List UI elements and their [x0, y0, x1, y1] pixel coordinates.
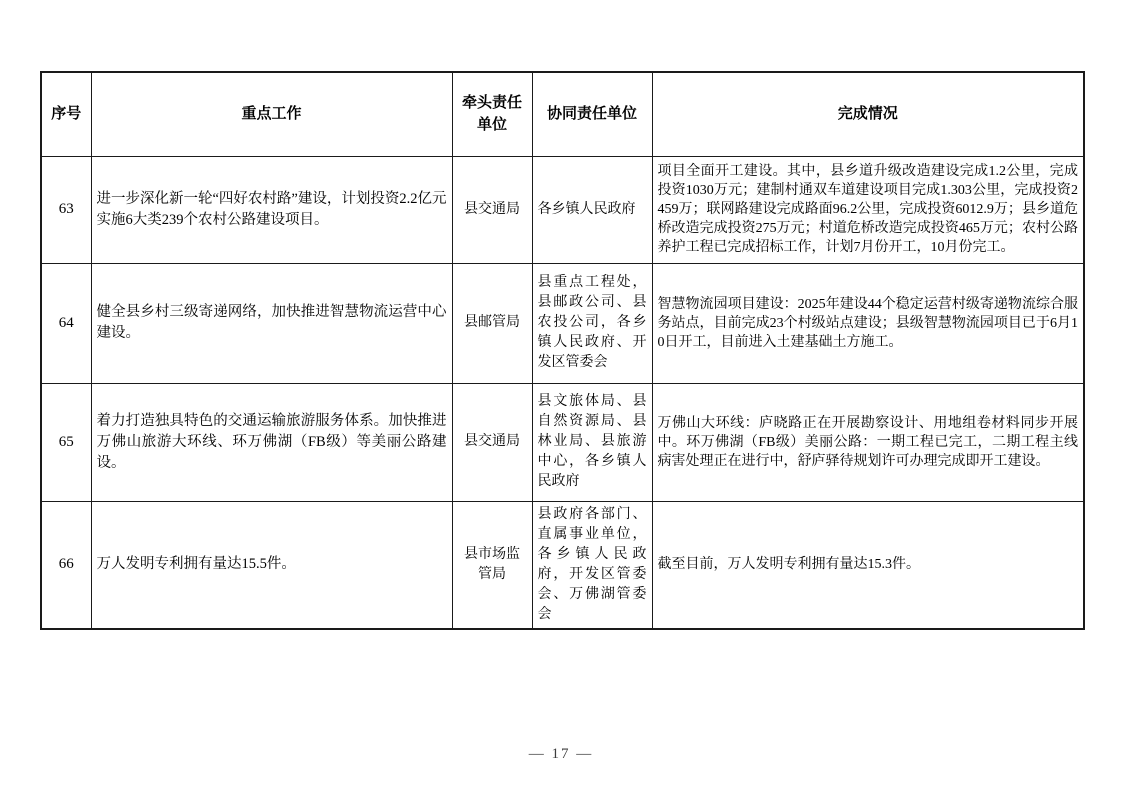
cell-work: 进一步深化新一轮“四好农村路”建设，计划投资2.2亿元实施6大类239个农村公路… [91, 156, 452, 263]
cell-collab: 县文旅体局、县自然资源局、县林业局、县旅游中心，各乡镇人民政府 [532, 383, 652, 501]
table-header-row: 序号 重点工作 牵头责任单位 协同责任单位 完成情况 [41, 72, 1084, 156]
table-row: 66 万人发明专利拥有量达15.5件。 县市场监管局 县政府各部门、直属事业单位… [41, 501, 1084, 629]
cell-seq: 66 [41, 501, 91, 629]
header-lead: 牵头责任单位 [452, 72, 532, 156]
cell-collab: 各乡镇人民政府 [532, 156, 652, 263]
cell-collab: 县重点工程处，县邮政公司、县农投公司，各乡镇人民政府、开发区管委会 [532, 263, 652, 383]
header-status: 完成情况 [652, 72, 1084, 156]
cell-lead: 县邮管局 [452, 263, 532, 383]
header-seq: 序号 [41, 72, 91, 156]
cell-lead: 县市场监管局 [452, 501, 532, 629]
page-number: — 17 — [0, 746, 1122, 763]
cell-lead: 县交通局 [452, 383, 532, 501]
table-row: 65 着力打造独具特色的交通运输旅游服务体系。加快推进万佛山旅游大环线、环万佛湖… [41, 383, 1084, 501]
cell-seq: 65 [41, 383, 91, 501]
document-page: 序号 重点工作 牵头责任单位 协同责任单位 完成情况 63 进一步深化新一轮“四… [0, 0, 1122, 794]
cell-status: 截至目前，万人发明专利拥有量达15.3件。 [652, 501, 1084, 629]
cell-collab: 县政府各部门、直属事业单位，各乡镇人民政府，开发区管委会、万佛湖管委会 [532, 501, 652, 629]
cell-status: 项目全面开工建设。其中，县乡道升级改造建设完成1.2公里，完成投资1030万元；… [652, 156, 1084, 263]
table-row: 63 进一步深化新一轮“四好农村路”建设，计划投资2.2亿元实施6大类239个农… [41, 156, 1084, 263]
table-row: 64 健全县乡村三级寄递网络，加快推进智慧物流运营中心建设。 县邮管局 县重点工… [41, 263, 1084, 383]
cell-status: 智慧物流园项目建设：2025年建设44个稳定运营村级寄递物流综合服务站点，目前完… [652, 263, 1084, 383]
cell-work: 健全县乡村三级寄递网络，加快推进智慧物流运营中心建设。 [91, 263, 452, 383]
cell-lead: 县交通局 [452, 156, 532, 263]
cell-status: 万佛山大环线：庐晓路正在开展勘察设计、用地组卷材料同步开展中。环万佛湖（FB级）… [652, 383, 1084, 501]
cell-seq: 63 [41, 156, 91, 263]
cell-work: 万人发明专利拥有量达15.5件。 [91, 501, 452, 629]
cell-seq: 64 [41, 263, 91, 383]
cell-work: 着力打造独具特色的交通运输旅游服务体系。加快推进万佛山旅游大环线、环万佛湖（FB… [91, 383, 452, 501]
header-work: 重点工作 [91, 72, 452, 156]
work-progress-table: 序号 重点工作 牵头责任单位 协同责任单位 完成情况 63 进一步深化新一轮“四… [40, 71, 1085, 630]
header-collab: 协同责任单位 [532, 72, 652, 156]
